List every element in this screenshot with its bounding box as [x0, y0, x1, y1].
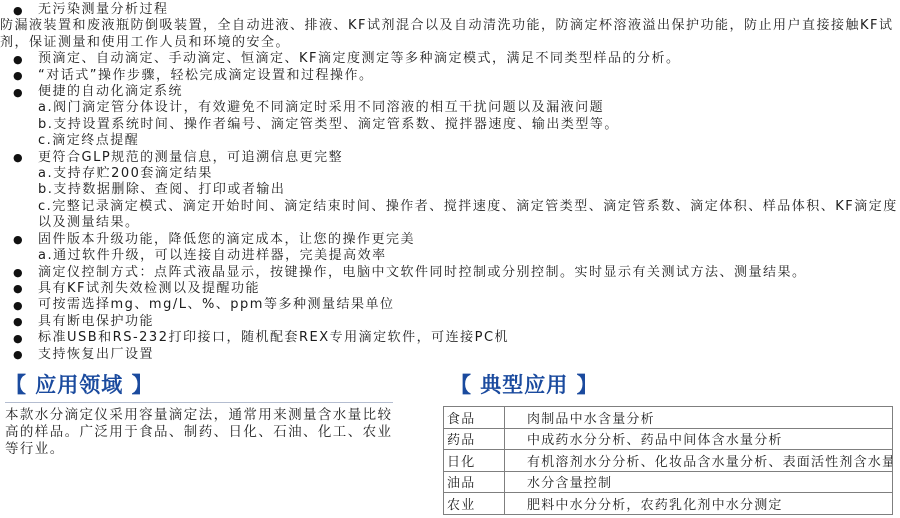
- table-row: 农业肥料中水分分析，农药乳化剂中水分测定: [444, 493, 893, 515]
- feature-text: b.支持数据删除、查阅、打印或者输出: [38, 182, 285, 197]
- feature-item: b.支持数据删除、查阅、打印或者输出: [0, 182, 898, 198]
- bullet-icon: ●: [13, 265, 23, 281]
- feature-text: a.支持存贮200套滴定结果: [38, 166, 213, 181]
- bullet-icon: ●: [13, 232, 23, 248]
- feature-text: 固件版本升级功能，降低您的滴定成本，让您的操作更完美: [38, 232, 415, 247]
- application-field: 油品: [444, 471, 505, 493]
- feature-item: ●支持恢复出厂设置: [0, 347, 898, 363]
- feature-text: 无污染测量分析过程: [38, 2, 169, 17]
- table-row: 食品肉制品中水含量分析: [444, 407, 893, 429]
- feature-text: 可按需选择mg、mg/L、%、ppm等多种测量结果单位: [38, 297, 394, 312]
- feature-item: b.支持设置系统时间、操作者编号、滴定管类型、滴定管系数、搅拌器速度、输出类型等…: [0, 117, 898, 133]
- feature-item: a.阀门滴定管分体设计，有效避免不同滴定时采用不同溶液的相互干扰问题以及漏液问题: [0, 100, 898, 116]
- application-area-section: 【 应用领域 】 本款水分滴定仪采用容量滴定法，通常用来测量含水量比较高的样品。…: [5, 373, 419, 458]
- feature-text: 具有KF试剂失效检测以及提醒功能: [38, 281, 260, 296]
- feature-text: c.滴定终点提醒: [38, 133, 139, 148]
- feature-item: ●便捷的自动化滴定系统: [0, 84, 898, 100]
- section-divider: [5, 402, 393, 403]
- feature-text: a.通过软件升级，可以连接自动进样器，完美提高效率: [38, 248, 387, 263]
- feature-text: 支持恢复出厂设置: [38, 347, 154, 362]
- application-desc: 有机溶剂水分分析、化妆品含水量分析、表面活性剂含水量: [505, 450, 893, 472]
- feature-text: a.阀门滴定管分体设计，有效避免不同滴定时采用不同溶液的相互干扰问题以及漏液问题: [38, 100, 604, 115]
- application-field: 食品: [444, 407, 505, 429]
- feature-item: c.完整记录滴定模式、滴定开始时间、滴定结束时间、操作者、搅拌速度、滴定管类型、…: [0, 199, 898, 232]
- feature-item: ●标准USB和RS-232打印接口，随机配套REX专用滴定软件，可连接PC机: [0, 330, 898, 346]
- bullet-icon: ●: [13, 150, 23, 166]
- feature-item: ●具有断电保护功能: [0, 314, 898, 330]
- feature-text: 更符合GLP规范的测量信息，可追溯信息更完整: [38, 150, 343, 165]
- table-row: 油品水分含量控制: [444, 471, 893, 493]
- bullet-icon: ●: [13, 68, 23, 84]
- feature-text: 便捷的自动化滴定系统: [38, 84, 183, 99]
- feature-item: 防漏液装置和废液瓶防倒吸装置，全自动进液、排液、KF试剂混合以及自动清洗功能，防…: [0, 18, 898, 51]
- application-desc: 肥料中水分分析，农药乳化剂中水分测定: [505, 493, 893, 515]
- feature-item: ●滴定仪控制方式：点阵式液晶显示，按键操作，电脑中文软件同时控制或分别控制。实时…: [0, 265, 898, 281]
- typical-applications-table: 食品肉制品中水含量分析药品中成药水分分析、药品中间体含水量分析日化有机溶剂水分分…: [443, 406, 893, 515]
- bullet-icon: ●: [13, 314, 23, 330]
- application-field: 药品: [444, 428, 505, 450]
- application-desc: 肉制品中水含量分析: [505, 407, 893, 429]
- feature-item: a.通过软件升级，可以连接自动进样器，完美提高效率: [0, 248, 898, 264]
- application-desc: 中成药水分分析、药品中间体含水量分析: [505, 428, 893, 450]
- bullet-icon: ●: [13, 52, 23, 68]
- table-row: 日化有机溶剂水分分析、化妆品含水量分析、表面活性剂含水量: [444, 450, 893, 472]
- application-field: 日化: [444, 450, 505, 472]
- feature-item: ●无污染测量分析过程: [0, 2, 898, 18]
- feature-text: 防漏液装置和废液瓶防倒吸装置，全自动进液、排液、KF试剂混合以及自动清洗功能，防…: [0, 18, 894, 49]
- feature-list: ●无污染测量分析过程防漏液装置和废液瓶防倒吸装置，全自动进液、排液、KF试剂混合…: [0, 2, 898, 363]
- feature-text: 具有断电保护功能: [38, 314, 154, 329]
- feature-item: ●预滴定、自动滴定、手动滴定、恒滴定、KF滴定度测定等多种滴定模式，满足不同类型…: [0, 51, 898, 67]
- application-field: 农业: [444, 493, 505, 515]
- feature-item: ●具有KF试剂失效检测以及提醒功能: [0, 281, 898, 297]
- feature-text: b.支持设置系统时间、操作者编号、滴定管类型、滴定管系数、搅拌器速度、输出类型等…: [38, 117, 619, 132]
- typical-applications-table-body: 食品肉制品中水含量分析药品中成药水分分析、药品中间体含水量分析日化有机溶剂水分分…: [444, 407, 893, 515]
- document-page: ●无污染测量分析过程防漏液装置和废液瓶防倒吸装置，全自动进液、排液、KF试剂混合…: [0, 0, 900, 518]
- bullet-icon: ●: [13, 3, 23, 19]
- feature-text: 标准USB和RS-232打印接口，随机配套REX专用滴定软件，可连接PC机: [38, 330, 509, 345]
- feature-item: a.支持存贮200套滴定结果: [0, 166, 898, 182]
- bullet-icon: ●: [13, 281, 23, 297]
- feature-text: 滴定仪控制方式：点阵式液晶显示，按键操作，电脑中文软件同时控制或分别控制。实时显…: [38, 265, 807, 280]
- feature-text: c.完整记录滴定模式、滴定开始时间、滴定结束时间、操作者、搅拌速度、滴定管类型、…: [38, 199, 898, 230]
- application-area-body: 本款水分滴定仪采用容量滴定法，通常用来测量含水量比较高的样品。广泛用于食品、制药…: [5, 407, 401, 458]
- bullet-icon: ●: [13, 347, 23, 363]
- bullet-icon: ●: [13, 85, 23, 101]
- application-area-title: 【 应用领域 】: [5, 373, 419, 398]
- application-desc: 水分含量控制: [505, 471, 893, 493]
- feature-text: 预滴定、自动滴定、手动滴定、恒滴定、KF滴定度测定等多种滴定模式，满足不同类型样…: [38, 51, 681, 66]
- typical-applications-section: 【 典型应用 】 食品肉制品中水含量分析药品中成药水分分析、药品中间体含水量分析…: [443, 373, 895, 515]
- feature-item: ●更符合GLP规范的测量信息，可追溯信息更完整: [0, 150, 898, 166]
- feature-text: “对话式”操作步骤，轻松完成滴定设置和过程操作。: [38, 68, 373, 83]
- bullet-icon: ●: [13, 331, 23, 347]
- feature-item: ●可按需选择mg、mg/L、%、ppm等多种测量结果单位: [0, 297, 898, 313]
- feature-item: ●固件版本升级功能，降低您的滴定成本，让您的操作更完美: [0, 232, 898, 248]
- feature-item: c.滴定终点提醒: [0, 133, 898, 149]
- table-row: 药品中成药水分分析、药品中间体含水量分析: [444, 428, 893, 450]
- bullet-icon: ●: [13, 298, 23, 314]
- typical-applications-title: 【 典型应用 】: [443, 373, 895, 398]
- feature-item: ●“对话式”操作步骤，轻松完成滴定设置和过程操作。: [0, 68, 898, 84]
